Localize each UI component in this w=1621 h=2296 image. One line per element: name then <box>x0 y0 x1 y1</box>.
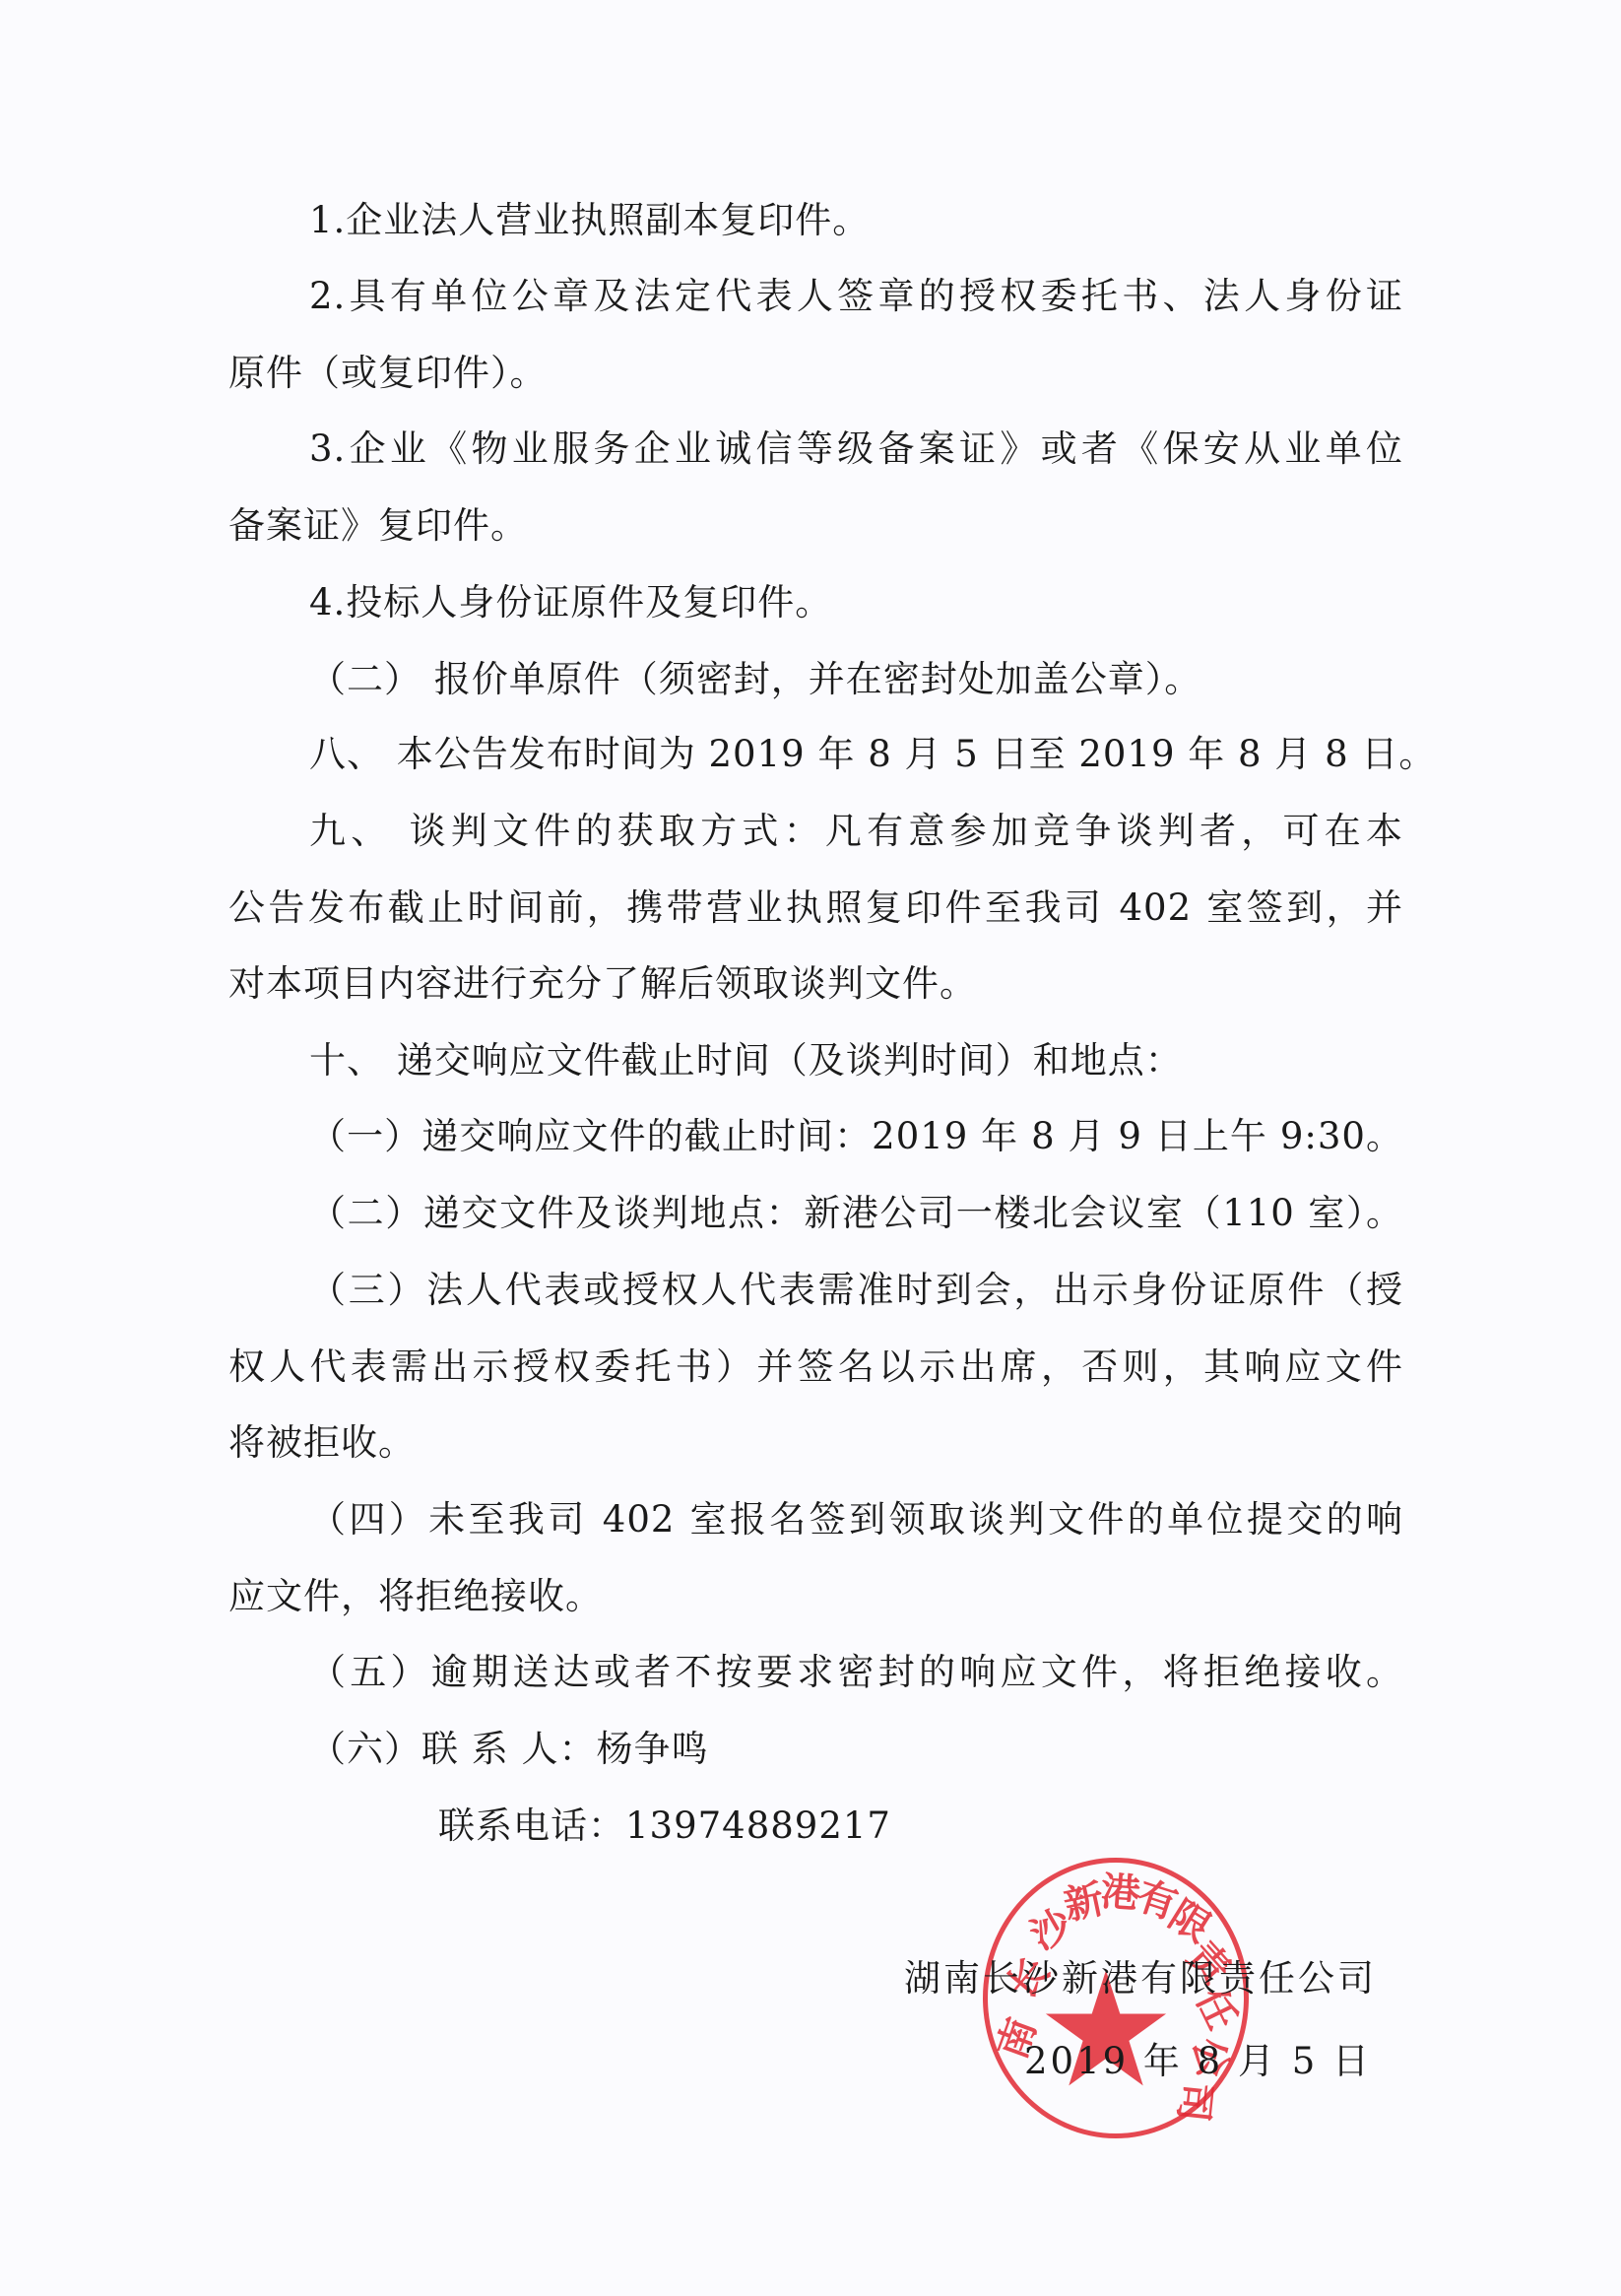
text-line: 八、 本公告发布时间为 2019 年 8 月 5 日至 2019 年 8 月 8… <box>309 731 1403 778</box>
text-line: （二）递交文件及谈判地点：新港公司一楼北会议室（110 室）。 <box>309 1190 1403 1237</box>
text-line: 4.投标人身份证原件及复印件。 <box>309 579 832 626</box>
signature-company: 湖南长沙新港有限责任公司 <box>904 1948 1377 2001</box>
text-line: 将被拒收。 <box>228 1419 416 1467</box>
text-line: 应文件，将拒绝接收。 <box>228 1573 603 1620</box>
text-line: 2.具有单位公章及法定代表人签章的授权委托书、法人身份证 <box>309 273 1403 320</box>
text-line: 权人代表需出示授权委托书）并签名以示出席，否则，其响应文件 <box>228 1344 1403 1391</box>
text-line: 对本项目内容进行充分了解后领取谈判文件。 <box>228 960 977 1008</box>
text-line: 十、 递交响应文件截止时间（及谈判时间）和地点： <box>309 1037 1183 1084</box>
text-line: （六）联 系 人：杨争鸣 <box>309 1726 709 1773</box>
text-line: 原件（或复印件）。 <box>228 350 548 397</box>
seal-text-char: 司 <box>1168 2080 1228 2126</box>
text-line: 1.企业法人营业执照副本复印件。 <box>309 197 870 244</box>
document-page: 1.企业法人营业执照副本复印件。2.具有单位公章及法定代表人签章的授权委托书、法… <box>0 0 1621 2296</box>
text-line: 公告发布截止时间前，携带营业执照复印件至我司 402 室签到，并 <box>228 885 1403 932</box>
text-line: （四）未至我司 402 室报名签到领取谈判文件的单位提交的响 <box>309 1496 1403 1543</box>
text-line: 3.企业《物业服务企业诚信等级备案证》或者《保安从业单位 <box>309 426 1403 473</box>
text-line: （二） 报价单原件（须密封，并在密封处加盖公章）。 <box>309 656 1201 703</box>
text-line: （五）逾期送达或者不按要求密封的响应文件，将拒绝接收。 <box>309 1649 1403 1696</box>
text-line: 备案证》复印件。 <box>228 502 528 550</box>
text-line: 九、 谈判文件的获取方式：凡有意参加竞争谈判者，可在本 <box>309 808 1403 855</box>
signature-date: 2019 年 8 月 5 日 <box>1024 2031 1372 2084</box>
text-line: （一）递交响应文件的截止时间：2019 年 8 月 9 日上午 9:30。 <box>309 1113 1403 1160</box>
text-line: （三）法人代表或授权人代表需准时到会，出示身份证原件（授 <box>309 1267 1403 1314</box>
text-line: 联系电话：13974889217 <box>438 1803 891 1850</box>
